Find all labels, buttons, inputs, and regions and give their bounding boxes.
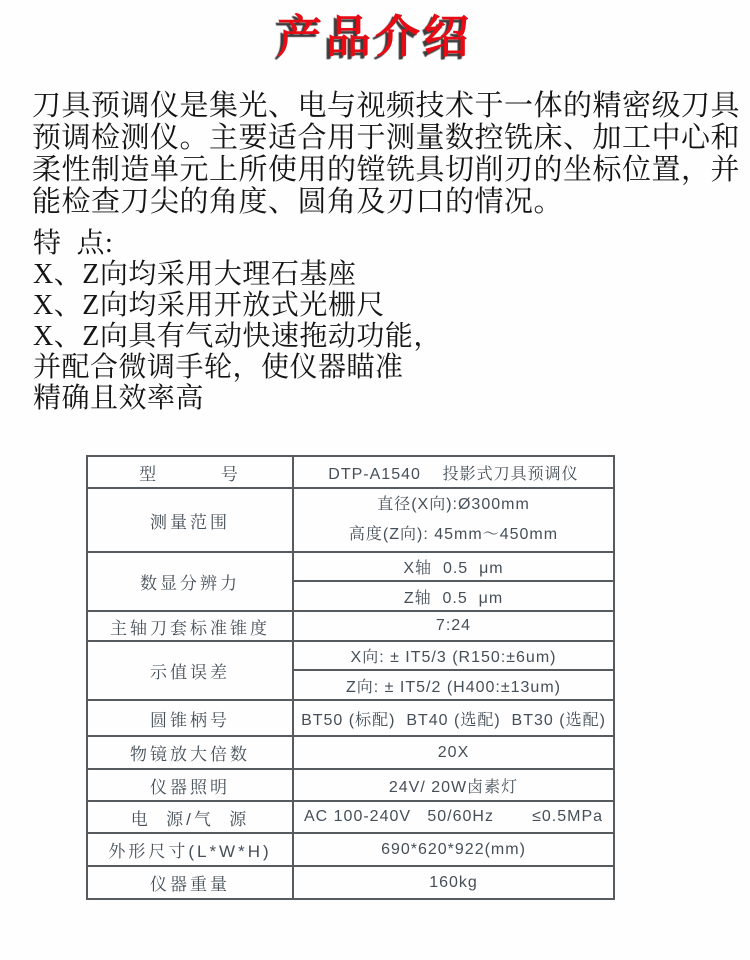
table-row: 仪器照明 24V/ 20W卤素灯 [87, 769, 614, 801]
spec-value-error-x: X向: ± IT5/3 (R150:±6um) [293, 641, 614, 670]
spec-label-error: 示值误差 [87, 641, 293, 700]
spec-label-taper: 主轴刀套标准锥度 [87, 611, 293, 641]
spec-label-magnification: 物镜放大倍数 [87, 736, 293, 769]
spec-value-shank: BT50 (标配) BT40 (选配) BT30 (选配) [293, 700, 614, 736]
spec-label-dimensions: 外形尺寸(L*W*H) [87, 833, 293, 866]
feature-item: 并配合微调手轮，使仪器瞄准 [33, 352, 720, 383]
intro-line: 柔性制造单元上所使用的镗铣具切削刃的坐标位置，并 [32, 154, 720, 186]
spec-value-resolution-z: Z轴 0.5 μm [293, 581, 614, 611]
table-row: 圆锥柄号 BT50 (标配) BT40 (选配) BT30 (选配) [87, 700, 614, 736]
table-row: 外形尺寸(L*W*H) 690*620*922(mm) [87, 833, 614, 866]
spec-value-illumination: 24V/ 20W卤素灯 [293, 769, 614, 801]
spec-value-magnification: 20X [293, 736, 614, 769]
table-row: 电 源/气 源 AC 100-240V 50/60Hz ≤0.5MPa [87, 801, 614, 833]
product-intro-page: 产品介绍 刀具预调仪是集光、电与视频技术于一体的精密级刀具 预调检测仪。主要适合… [0, 0, 750, 960]
spec-label-illumination: 仪器照明 [87, 769, 293, 801]
features-section: 特 点: X、Z向均采用大理石基座 X、Z向均采用开放式光栅尺 X、Z向具有气动… [33, 228, 720, 414]
spec-label-shank: 圆锥柄号 [87, 700, 293, 736]
feature-item: X、Z向均采用大理石基座 [33, 259, 720, 290]
intro-paragraph: 刀具预调仪是集光、电与视频技术于一体的精密级刀具 预调检测仪。主要适合用于测量数… [32, 90, 720, 218]
spec-value-weight: 160kg [293, 866, 614, 899]
spec-value-model: DTP-A1540 投影式刀具预调仪 [293, 456, 614, 488]
table-row: 仪器重量 160kg [87, 866, 614, 899]
page-title: 产品介绍 [0, 8, 750, 66]
spec-table: 型 号 DTP-A1540 投影式刀具预调仪 测量范围 直径(X向):Ø300m… [86, 455, 615, 900]
spec-label-weight: 仪器重量 [87, 866, 293, 899]
spec-value-range: 直径(X向):Ø300mm 高度(Z向): 45mm～450mm [293, 488, 614, 552]
table-row: 物镜放大倍数 20X [87, 736, 614, 769]
spec-value-error-z: Z向: ± IT5/2 (H400:±13um) [293, 670, 614, 700]
intro-line: 预调检测仪。主要适合用于测量数控铣床、加工中心和 [32, 122, 720, 154]
table-row: 数显分辨力 X轴 0.5 μm [87, 552, 614, 581]
spec-value-taper: 7:24 [293, 611, 614, 641]
spec-value-power: AC 100-240V 50/60Hz ≤0.5MPa [293, 801, 614, 833]
feature-item: 精确且效率高 [33, 383, 720, 414]
table-row: 示值误差 X向: ± IT5/3 (R150:±6um) [87, 641, 614, 670]
table-row: 主轴刀套标准锥度 7:24 [87, 611, 614, 641]
features-heading: 特 点: [33, 228, 720, 259]
feature-item: X、Z向具有气动快速拖动功能， [33, 321, 720, 352]
spec-value-resolution-x: X轴 0.5 μm [293, 552, 614, 581]
spec-label-resolution: 数显分辨力 [87, 552, 293, 611]
table-row: 测量范围 直径(X向):Ø300mm 高度(Z向): 45mm～450mm [87, 488, 614, 552]
spec-label-model: 型 号 [87, 456, 293, 488]
table-row: 型 号 DTP-A1540 投影式刀具预调仪 [87, 456, 614, 488]
spec-label-range: 测量范围 [87, 488, 293, 552]
feature-item: X、Z向均采用开放式光栅尺 [33, 290, 720, 321]
spec-label-power: 电 源/气 源 [87, 801, 293, 833]
spec-value-dimensions: 690*620*922(mm) [293, 833, 614, 866]
intro-line: 刀具预调仪是集光、电与视频技术于一体的精密级刀具 [32, 90, 720, 122]
intro-line: 能检查刀尖的角度、圆角及刃口的情况。 [32, 186, 720, 218]
